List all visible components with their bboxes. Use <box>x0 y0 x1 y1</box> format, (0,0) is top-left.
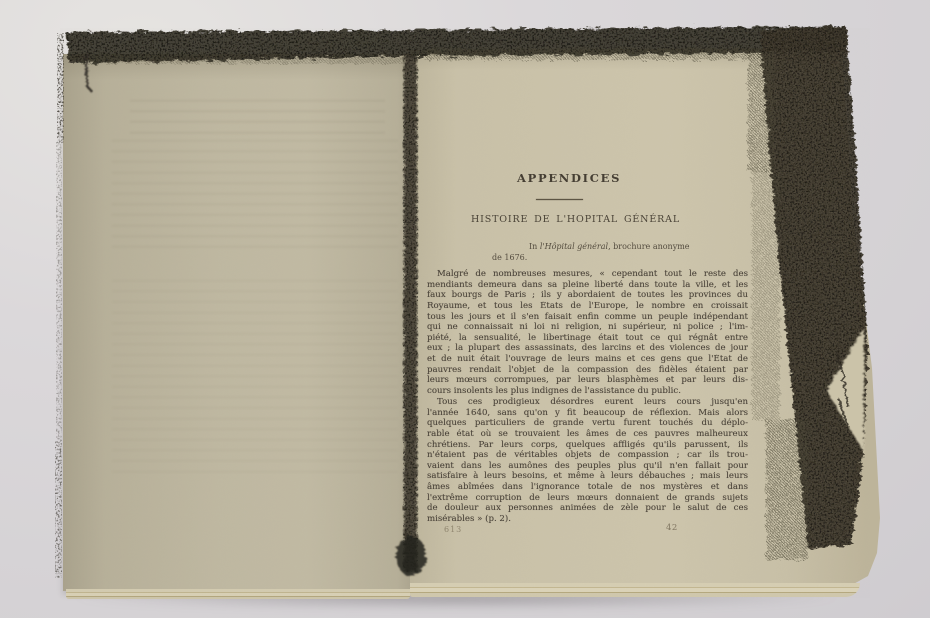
text-line: n'étaient pas de véritables objets de co… <box>427 450 748 461</box>
body-paragraph-2: Tous ces prodigieux désordres eurent leu… <box>427 397 748 525</box>
text-line: vaient dans les aumônes des peuples plus… <box>427 461 748 472</box>
text-line: l'année 1640, sans qu'on y fit beaucoup … <box>427 408 748 419</box>
source-note-line2: de 1676. <box>492 253 527 262</box>
text-line: satisfaire à leurs besoins, et même à le… <box>427 471 748 482</box>
body-paragraph-1: Malgré de nombreuses mesures, « cependan… <box>427 269 748 397</box>
source-note-line1: In l'Hôpital général, brochure anonyme <box>529 242 690 251</box>
text-line: leurs mœurs corrompues, par leurs blasph… <box>427 375 748 386</box>
text-line: et de nuit était l'ouvrage de leurs main… <box>427 354 748 365</box>
text-line: faux bourgs de Paris ; ils y abordaient … <box>427 290 748 301</box>
printed-text-layer: APPENDICES HISTOIRE DE L'HOPITAL GÉNÉRAL… <box>0 0 930 618</box>
source-note-suffix: , brochure anonyme <box>608 242 689 251</box>
text-line: l'extrême corruption de leurs mœurs donn… <box>427 493 748 504</box>
text-line: tous les jours et il s'en faisait enfin … <box>427 312 748 323</box>
text-line: chrétiens. Par leurs corps, quelques aff… <box>427 440 748 451</box>
page-heading: APPENDICES <box>517 171 637 185</box>
source-note-prefix: In <box>529 242 540 251</box>
text-line: de douleur aux personnes animées de zèle… <box>427 503 748 514</box>
text-line: quelques particuliers de grande vertu fu… <box>427 418 748 429</box>
text-line: qui ne connaissait ni loi ni religion, n… <box>427 322 748 333</box>
folio-number-right: 42 <box>666 523 678 533</box>
text-line: misérables » (p. 2). <box>427 514 748 525</box>
text-line: Royaume, et tous les États de l'Europe, … <box>427 301 748 312</box>
text-line: rable état où se trouvaient les âmes de … <box>427 429 748 440</box>
source-note-title: l'Hôpital général <box>540 242 608 251</box>
text-line: âmes abîmées dans l'ignorance totale de … <box>427 482 748 493</box>
section-title: HISTOIRE DE L'HOPITAL GÉNÉRAL <box>471 214 680 225</box>
photographed-book-page: APPENDICES HISTOIRE DE L'HOPITAL GÉNÉRAL… <box>0 0 930 618</box>
text-line: cours insolents les plus indignes de l'a… <box>427 386 748 397</box>
text-line: pauvres rendait l'objet de la compassion… <box>427 365 748 376</box>
text-line: mendiants demeura dans sa pleine liberté… <box>427 280 748 291</box>
text-line: Tous ces prodigieux désordres eurent leu… <box>427 397 748 408</box>
text-line: Malgré de nombreuses mesures, « cependan… <box>427 269 748 280</box>
heading-rule <box>536 199 583 200</box>
folio-number-left: 613 <box>444 525 462 534</box>
text-line: eux ; la plupart des assassinats, des la… <box>427 343 748 354</box>
text-line: piété, la sensualité, le libertinage éta… <box>427 333 748 344</box>
